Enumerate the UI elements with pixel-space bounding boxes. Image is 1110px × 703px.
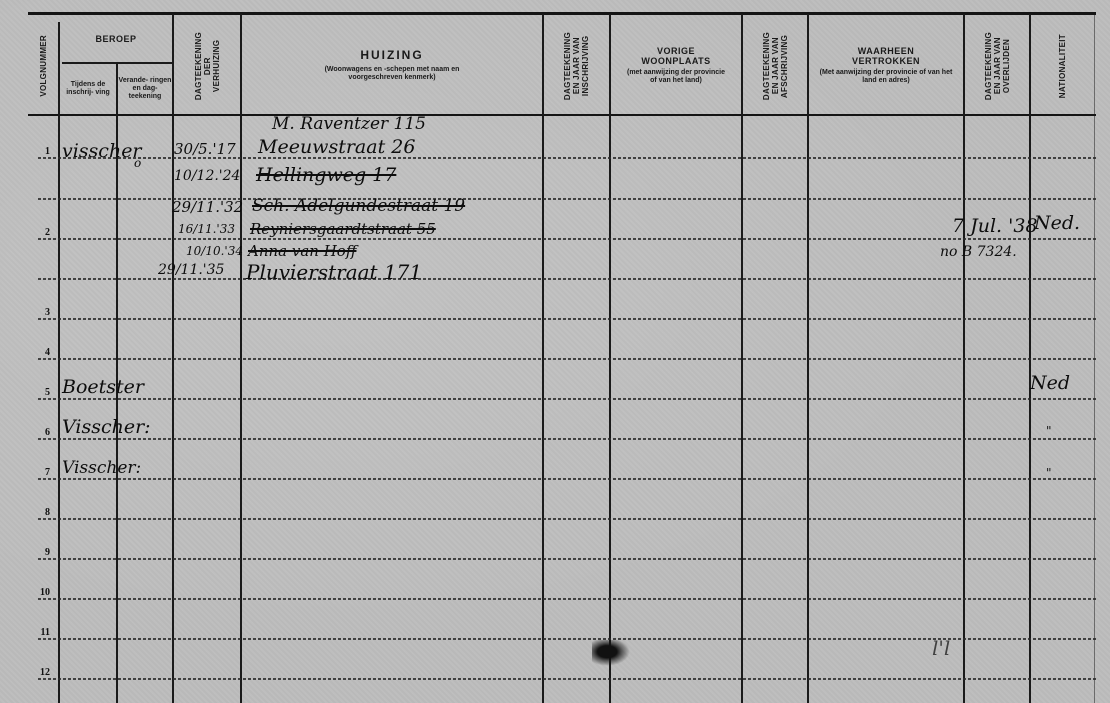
row-number: 7 bbox=[30, 467, 50, 478]
address-struck: Hellingweg 17 bbox=[256, 164, 396, 186]
row-number: 1 bbox=[30, 146, 50, 157]
verhuizing-date: 10/12.'24 bbox=[174, 168, 240, 184]
header-volgnummer: VOLGNUMMER bbox=[28, 18, 58, 114]
header-dagteekening-verhuizing: DAGTEEKENING DER VERHUIZING bbox=[174, 18, 240, 114]
row-number: 10 bbox=[30, 587, 50, 598]
row-number: 11 bbox=[30, 627, 50, 638]
address-struck: Reyniersgaardtstraat 55 bbox=[250, 220, 436, 238]
beroep-mark-row-1: o bbox=[134, 156, 141, 170]
header-dagteekening-afschrijving: DAGTEEKENING EN JAAR VAN AFSCHRIJVING bbox=[743, 18, 807, 114]
verhuizing-date: 30/5.'17 bbox=[174, 140, 236, 158]
row-rule bbox=[38, 358, 1096, 360]
verhuizing-date: 16/11.'33 bbox=[178, 222, 235, 236]
row-number: 3 bbox=[30, 307, 50, 318]
row-rule bbox=[38, 678, 1096, 680]
verhuizing-date: 29/11.'35 bbox=[158, 262, 224, 278]
verhuizing-date: 10/10.'34 bbox=[186, 244, 243, 258]
row-rule bbox=[38, 558, 1096, 560]
row-number: 9 bbox=[30, 547, 50, 558]
header-dagteekening-inschrijving: DAGTEEKENING EN JAAR VAN INSCHRIJVING bbox=[544, 18, 609, 114]
row-number: 4 bbox=[30, 347, 50, 358]
row-number: 8 bbox=[30, 507, 50, 518]
row-number: 6 bbox=[30, 427, 50, 438]
row-rule bbox=[38, 238, 1096, 240]
header-beroep: BEROEP bbox=[60, 18, 172, 60]
row-rule bbox=[38, 518, 1096, 520]
overlijden-record-number: no B 7324. bbox=[940, 244, 1017, 260]
header-huizing: HUIZING (Woonwagens en -schepen met naam… bbox=[242, 30, 542, 100]
register-card: VOLGNUMMER BEROEP Tijdens de inschrij- v… bbox=[0, 0, 1110, 703]
row-rule bbox=[38, 478, 1096, 480]
beroep-row-6: Visscher: bbox=[62, 416, 151, 438]
col-line bbox=[58, 22, 60, 703]
address-struck: Sch. Adelgundestraat 19 bbox=[252, 196, 465, 216]
header-beroep-tijdens: Tijdens de inschrij- ving bbox=[60, 66, 116, 112]
row-rule bbox=[38, 398, 1096, 400]
nationaliteit-row-7: " bbox=[1046, 466, 1052, 480]
header-bottom-rule bbox=[28, 114, 1096, 116]
margin-note: l'l bbox=[932, 636, 950, 660]
nationaliteit-row-6: " bbox=[1046, 424, 1052, 438]
beroep-row-1: visscher bbox=[62, 140, 142, 162]
row-rule bbox=[38, 318, 1096, 320]
header-beroep-veranderingen: Verande- ringen en dag- teekening bbox=[118, 66, 172, 112]
address: M. Raventzer 115 bbox=[272, 114, 426, 134]
header-vorige-woonplaats: VORIGE WOONPLAATS (met aanwijzing der pr… bbox=[611, 30, 741, 100]
ink-blot bbox=[592, 640, 630, 666]
address: Pluvierstraat 171 bbox=[246, 260, 422, 284]
beroep-row-5: Boetster bbox=[62, 376, 144, 398]
header-waarheen-vertrokken: WAARHEEN VERTROKKEN (Met aanwijzing der … bbox=[809, 30, 963, 100]
header-nationaliteit: NATIONALITEIT bbox=[1031, 18, 1094, 114]
row-number: 12 bbox=[30, 667, 50, 678]
row-rule bbox=[38, 278, 1096, 280]
nationaliteit-row-2: Ned. bbox=[1034, 212, 1080, 234]
verhuizing-date: 29/11.'32 bbox=[172, 198, 243, 216]
header-top-rule bbox=[28, 12, 1096, 15]
row-rule bbox=[38, 438, 1096, 440]
beroep-row-7: Visscher: bbox=[62, 458, 141, 478]
row-number: 2 bbox=[30, 227, 50, 238]
nationaliteit-row-5: Ned bbox=[1030, 372, 1070, 394]
address: Meeuwstraat 26 bbox=[258, 136, 415, 158]
row-number: 5 bbox=[30, 387, 50, 398]
header-dagteekening-overlijden: DAGTEEKENING EN JAAR VAN OVERLIJDEN bbox=[965, 18, 1029, 114]
row-rule bbox=[38, 598, 1096, 600]
overlijden-date: 7 Jul. '38 bbox=[952, 215, 1038, 237]
address-struck: Anna van Hoff bbox=[248, 242, 356, 260]
